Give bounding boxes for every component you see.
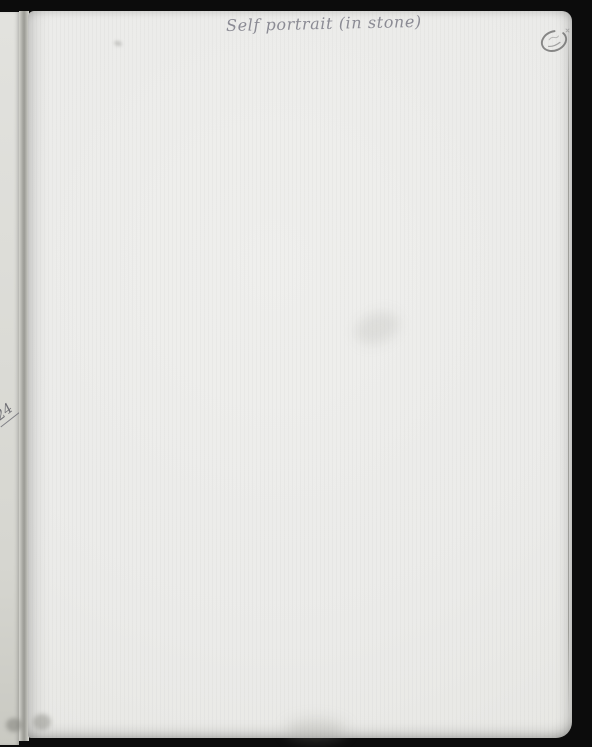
smudge-mark	[286, 719, 346, 741]
page-stack-edge-line	[568, 17, 569, 715]
oval-stamp-icon	[537, 23, 573, 57]
faint-smudge-mark	[350, 306, 403, 350]
smudge-mark	[33, 714, 51, 730]
paper-sheet: Self portrait (in stone)	[28, 11, 572, 738]
handwritten-page-number: 24	[0, 399, 20, 428]
sketchbook-page-scan: 24 Self portrait (in stone)	[0, 0, 592, 747]
previous-page-edge: 24	[0, 12, 19, 745]
handwritten-caption: Self portrait (in stone)	[226, 12, 422, 35]
smudge-mark	[113, 40, 122, 47]
paper-texture	[28, 11, 572, 738]
